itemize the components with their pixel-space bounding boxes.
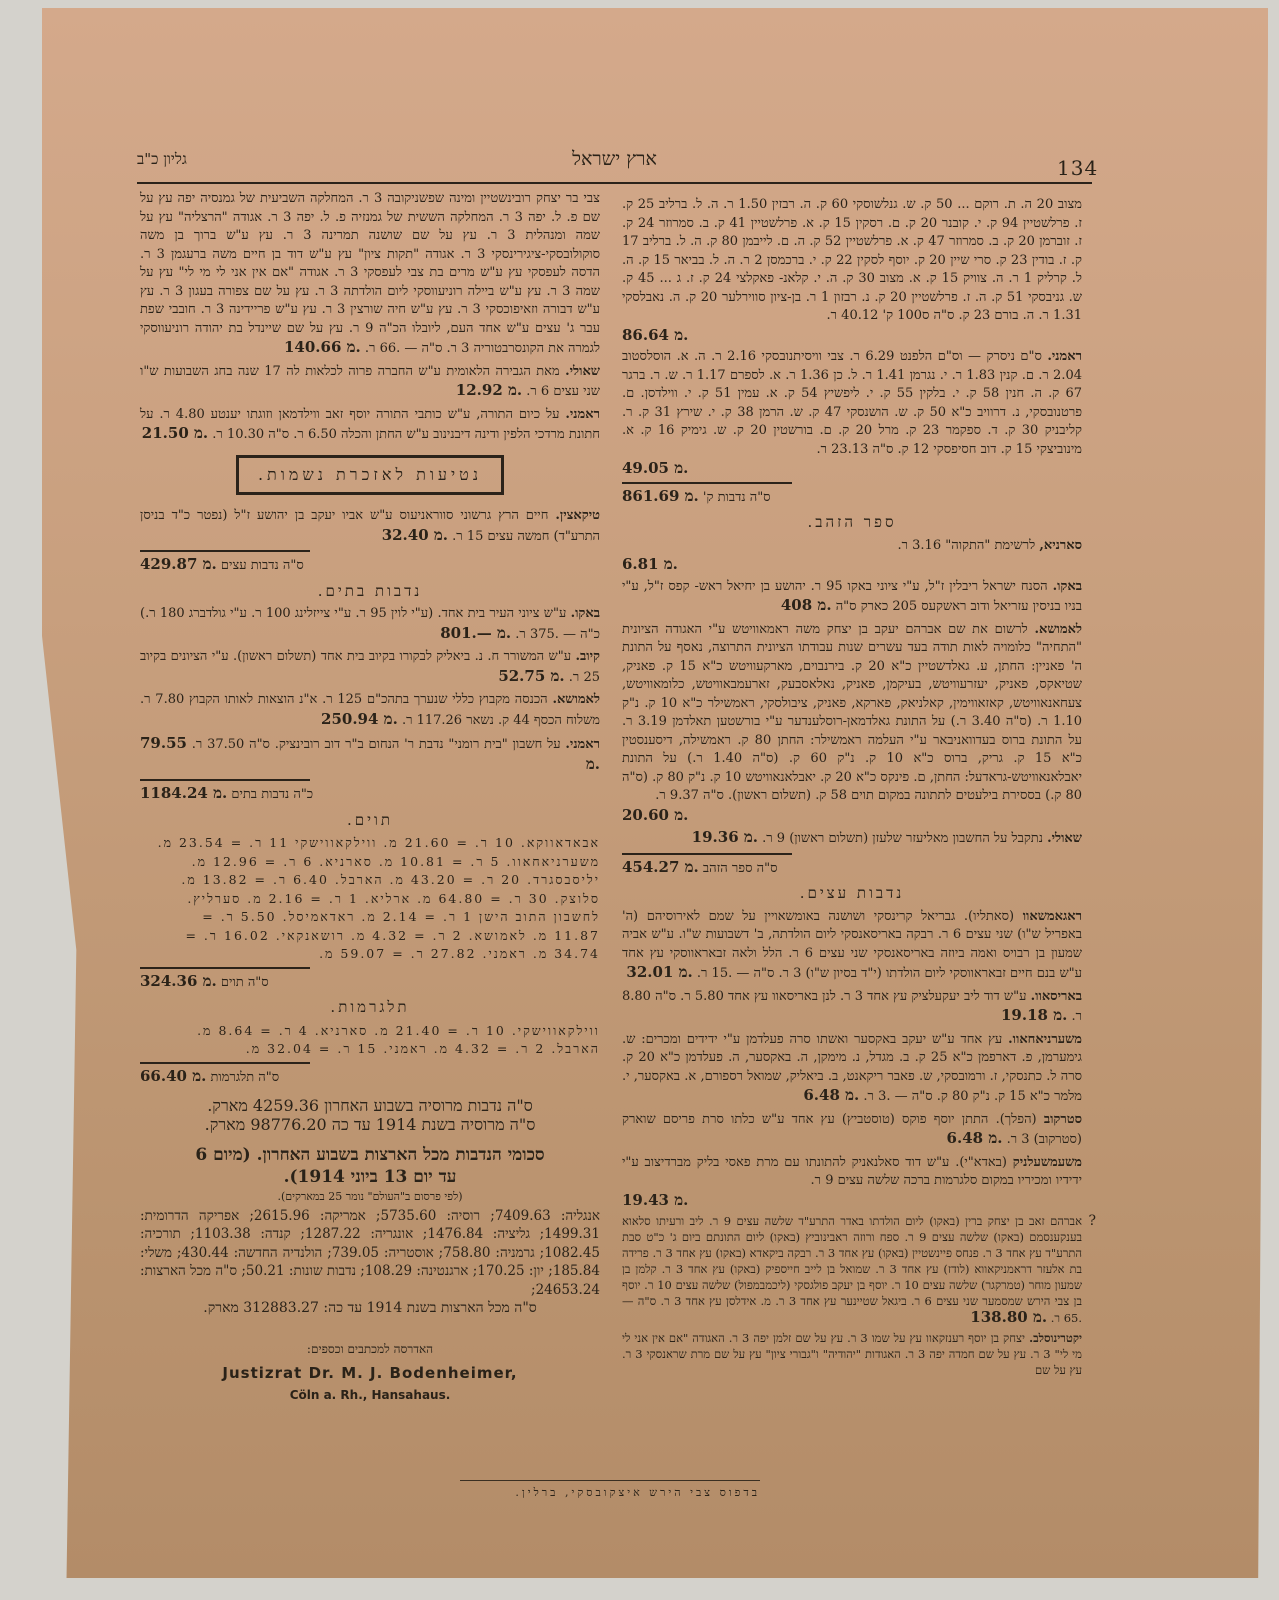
memorial-entry: טיקאצין. חיים הרץ גרשוני סווראניעוס ע"ש … xyxy=(140,507,600,546)
summary-note: (לפי פרסום ב"העולם" נומר 25 במארקים). xyxy=(140,1188,600,1207)
page-number: 134 xyxy=(1057,156,1098,180)
address-label: האדרסה למכתבים וכספים: xyxy=(140,1340,600,1359)
notes-line: אבאדאווקא. 10 ר. = 21.60 מ. ווילקאווישקי… xyxy=(140,834,600,853)
subtotal-golden-book: ס"ה ספר הזהב 454.27 מ. xyxy=(622,858,1082,879)
notes-line: 34.74 מ. ראמני. 27.82 ר. = 59.07 מ. xyxy=(140,945,600,964)
notes-line: 11.87 מ. לאמושא. 2 ר. = 4.32 מ. רושאנקאי… xyxy=(140,927,600,946)
golden-entry: סארניא, לרשימת "התקוה" 3.16 ר. 6.81 מ. xyxy=(622,537,1082,574)
section-title-tree-donations: נדבות עצים. xyxy=(622,884,1082,903)
question-mark-marker: ? xyxy=(1088,1213,1096,1229)
publication-title: ארץ ישראל xyxy=(137,148,1092,171)
divider xyxy=(622,482,792,484)
telegrams-list: ווילקאווישקי. 10 ר. = 21.40 מ. סארניא. 4… xyxy=(140,1022,600,1059)
entry-ramni: ראמני. ס"ם ניסרק — וס"ם הלפנט 6.29 ר. צב… xyxy=(622,348,1082,478)
section-title-golden-book: ספר הזהב. xyxy=(622,513,1082,532)
divider xyxy=(622,853,792,855)
notes-line: לחשבון התוב הישן 1 ר. = 2.14 מ. ראדאמיסל… xyxy=(140,908,600,927)
printer-imprint: בדפוס צבי הירש איצקובסקי, ברלין. xyxy=(460,1480,760,1499)
section-title-notes: תוים. xyxy=(140,811,600,830)
notes-line: סלוצק. 30 ר. = 64.80 מ. ארליא. 1 ר. = 2.… xyxy=(140,890,600,909)
summary-title: סכומי הנדבות מכל הארצות בשבוע האחרון. (מ… xyxy=(140,1144,600,1188)
summary-year-total: ס"ה מכל הארצות בשנת 1914 עד כה: 312883.2… xyxy=(140,1299,600,1318)
tree-entry: באריסאוו. ע"ש דוד ליב יעקעלציק עץ אחד 3 … xyxy=(622,988,1082,1027)
entry-place: ראמני. xyxy=(1047,349,1082,364)
notes-line: משערניאחאוו. 5 ר. = 10.81 מ. סארניא. 6 ר… xyxy=(140,853,600,872)
right-column: מצוב 20 ה. ת. רוקם ... 50 ק. ש. גנלשוסקי… xyxy=(622,196,1082,1382)
opening-block-right: מצוב 20 ה. ת. רוקם ... 50 ק. ש. גנלשוסקי… xyxy=(622,196,1082,344)
page-header: גליון כ"ב ארץ ישראל 134 xyxy=(137,148,1092,184)
subtotal-telegrams: ס"ה תלגרמות 66.40 מ. xyxy=(140,1067,600,1088)
divider xyxy=(140,779,310,781)
subtotal-houses: כ"ה נדבות בתים 1184.24 מ. xyxy=(140,784,600,805)
entry-total: 86.64 מ. xyxy=(622,326,688,345)
house-entry: קיוב. ע"ש המשורר ח. נ. ביאליק לבקורו בקי… xyxy=(140,648,600,687)
tree-entry: סטרקוב (הפלך). התתן יוסף פוקס (טוסטביץ) … xyxy=(622,1111,1082,1150)
tree-entry: משערניאחאוו. עץ אחד ע"ש יעקב באקסער ואשת… xyxy=(622,1031,1082,1107)
entry-ramni: ראמני. על כיום התורה, ע"ש כותבי התורה יו… xyxy=(140,406,600,445)
golden-entry: באקו. הסנח ישראל ריבלין ז"ל, ע"י ציוני ב… xyxy=(622,578,1082,617)
address-location: Cöln a. Rh., Hansahaus. xyxy=(140,1386,600,1405)
subtotal-donations: ס"ה נדבות ק' 861.69 מ. xyxy=(622,487,1082,508)
notes-line: יליסבסגרד. 20 ר. = 43.20 מ. הארבל. 6.40 … xyxy=(140,871,600,890)
subtotal-trees: ס"ה נדבות עצים 429.87 מ. xyxy=(140,555,600,576)
tree-entry: משעמשעלניק (באדא"י). ע"ש דוד סאלנאניק לה… xyxy=(622,1154,1082,1210)
divider xyxy=(140,1062,310,1064)
notes-list: אבאדאווקא. 10 ר. = 21.60 מ. ווילקאווישקי… xyxy=(140,834,600,964)
memorial-box-heading: נטיעות לאזכרת נשמות. xyxy=(236,455,504,496)
golden-entry: לאמושא. לרשום את שם אברהם יעקב בן יצחק מ… xyxy=(622,621,1082,825)
russia-year-total: ס"ה מרוסיה בשנת 1914 עד כה 98776.20 מארק… xyxy=(140,1116,600,1135)
entry-total: 49.05 מ. xyxy=(622,459,688,478)
entry-text: ס"ם ניסרק — וס"ם הלפנט 6.29 ר. צבי וויסי… xyxy=(622,349,1082,457)
house-entry: לאמושא. הכנסה מקבוץ כללי שנערך בתהכ"ם 12… xyxy=(140,691,600,730)
entry-text: מצוב 20 ה. ת. רוקם ... 50 ק. ש. גנלשוסקי… xyxy=(622,197,1082,323)
tree-entry: ? אברהם זאב בן יצחק ברין (באקו) ליום הול… xyxy=(622,1213,1082,1326)
summary-body: אנגליה: 7409.63; רוסיה: 5735.60; אמריקה:… xyxy=(140,1207,600,1300)
section-title-telegrams: תלגרמות. xyxy=(140,998,600,1017)
house-entry: באקו. ע"ש ציוני העיר בית אחד. (ע"י לוין … xyxy=(140,605,600,644)
entry-shavli: שאולי. מאת הגבירה הלאומית ע"ש החברה פרוה… xyxy=(140,363,600,402)
subtotal-notes: ס"ה תוים 324.36 מ. xyxy=(140,972,600,993)
opening-block-left: צבי בר יצחק רובינשטיין ומינה שפשניקובה 3… xyxy=(140,190,600,359)
address-name: Justizrat Dr. M. J. Bodenheimer, xyxy=(140,1364,600,1383)
house-entry: ראמני. על חשבון "בית רומני" נדבת ר' הנחו… xyxy=(140,734,600,775)
section-title-houses: נדבות בתים. xyxy=(140,582,600,601)
divider xyxy=(140,967,310,969)
divider xyxy=(140,550,310,552)
tree-entry: ראגאמשאוו (סאתליו). גבריאל קרינסקי ושושנ… xyxy=(622,908,1082,984)
telegram-line: ווילקאווישקי. 10 ר. = 21.40 מ. סארניא. 4… xyxy=(140,1022,600,1041)
left-column: צבי בר יצחק רובינשטיין ומינה שפשניקובה 3… xyxy=(140,190,600,1404)
golden-entry: שאולי. נתקבל על החשבון מאליעזר שלעזן (תש… xyxy=(622,828,1082,849)
tree-entry: יקטרינוסלב. יצחק בן יוסף רענזקאוו עץ על … xyxy=(622,1330,1082,1378)
telegram-line: הארבל. 2 ר. = 4.32 מ. ראמני. 15 ר. = 32.… xyxy=(140,1040,600,1059)
russia-weekly-total: ס"ה נדבות מרוסיה בשבוע האחרון 4259.36 מא… xyxy=(140,1097,600,1116)
